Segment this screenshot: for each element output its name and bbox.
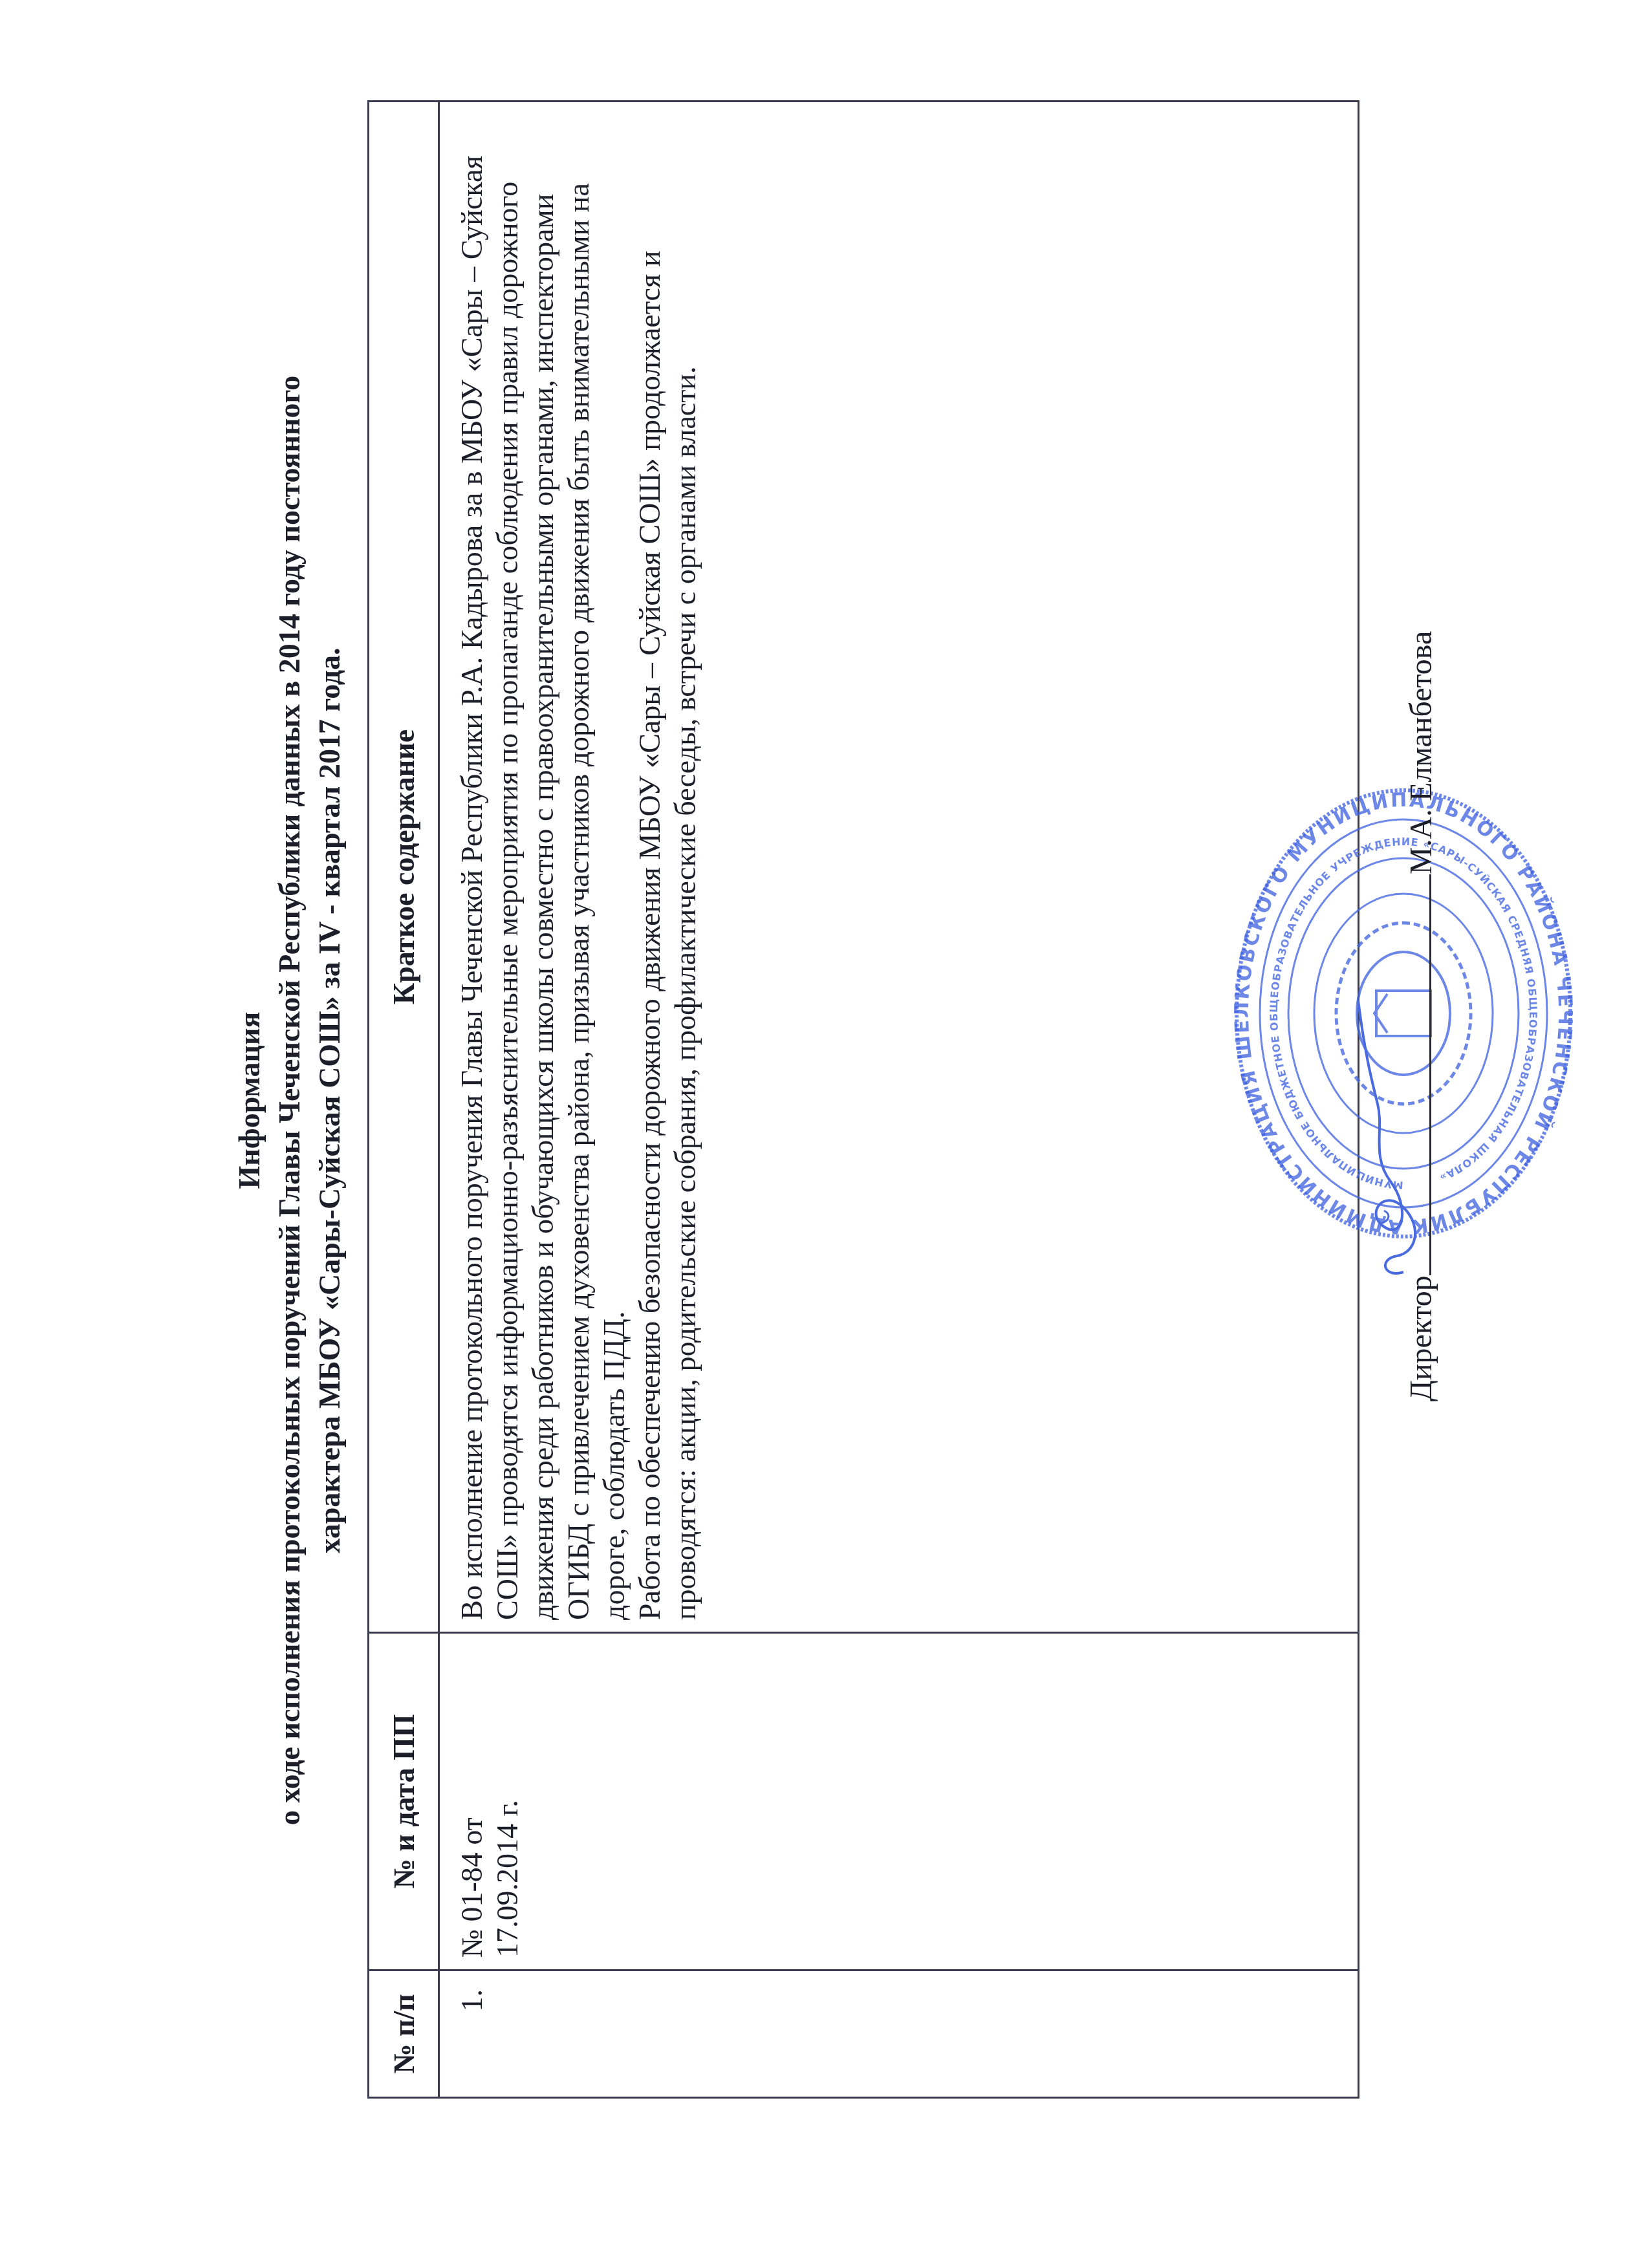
header-number: № п/п bbox=[369, 1971, 439, 2098]
order-date: 17.09.2014 г. bbox=[490, 1645, 525, 1958]
header-order: № и дата ПП bbox=[369, 1633, 439, 1971]
table-row: 1. № 01-84 от 17.09.2014 г. Во исполнени… bbox=[439, 102, 1359, 2098]
document-title: Информация о ходе исполнения протокольны… bbox=[230, 102, 350, 2099]
row-order: № 01-84 от 17.09.2014 г. bbox=[439, 1633, 1359, 1971]
report-table: № п/п № и дата ПП Краткое содержание 1. … bbox=[367, 100, 1359, 2099]
title-subheading-2: характера МБОУ «Сары-Суйская СОШ» за IV … bbox=[310, 102, 350, 2099]
order-number: № 01-84 от bbox=[454, 1645, 490, 1958]
summary-paragraph: Во исполнение протокольного поручения Гл… bbox=[454, 114, 632, 1620]
row-summary: Во исполнение протокольного поручения Гл… bbox=[439, 102, 1359, 1633]
title-subheading: о ходе исполнения протокольных поручений… bbox=[270, 102, 310, 2099]
signature-line bbox=[1403, 874, 1431, 1275]
signature-role: Директор bbox=[1404, 1275, 1438, 1401]
signature-name: М.А. Елманбетова bbox=[1404, 631, 1438, 874]
header-summary: Краткое содержание bbox=[369, 102, 439, 1633]
table-header-row: № п/п № и дата ПП Краткое содержание bbox=[369, 102, 439, 2098]
title-heading: Информация bbox=[230, 102, 270, 2099]
row-number: 1. bbox=[439, 1971, 1359, 2098]
summary-paragraph: Работа по обеспечению безопасности дорож… bbox=[632, 114, 703, 1620]
document-page: Информация о ходе исполнения протокольны… bbox=[0, 0, 1635, 2268]
signature-block: ДиректорМ.А. Елманбетова bbox=[1403, 631, 1439, 1401]
